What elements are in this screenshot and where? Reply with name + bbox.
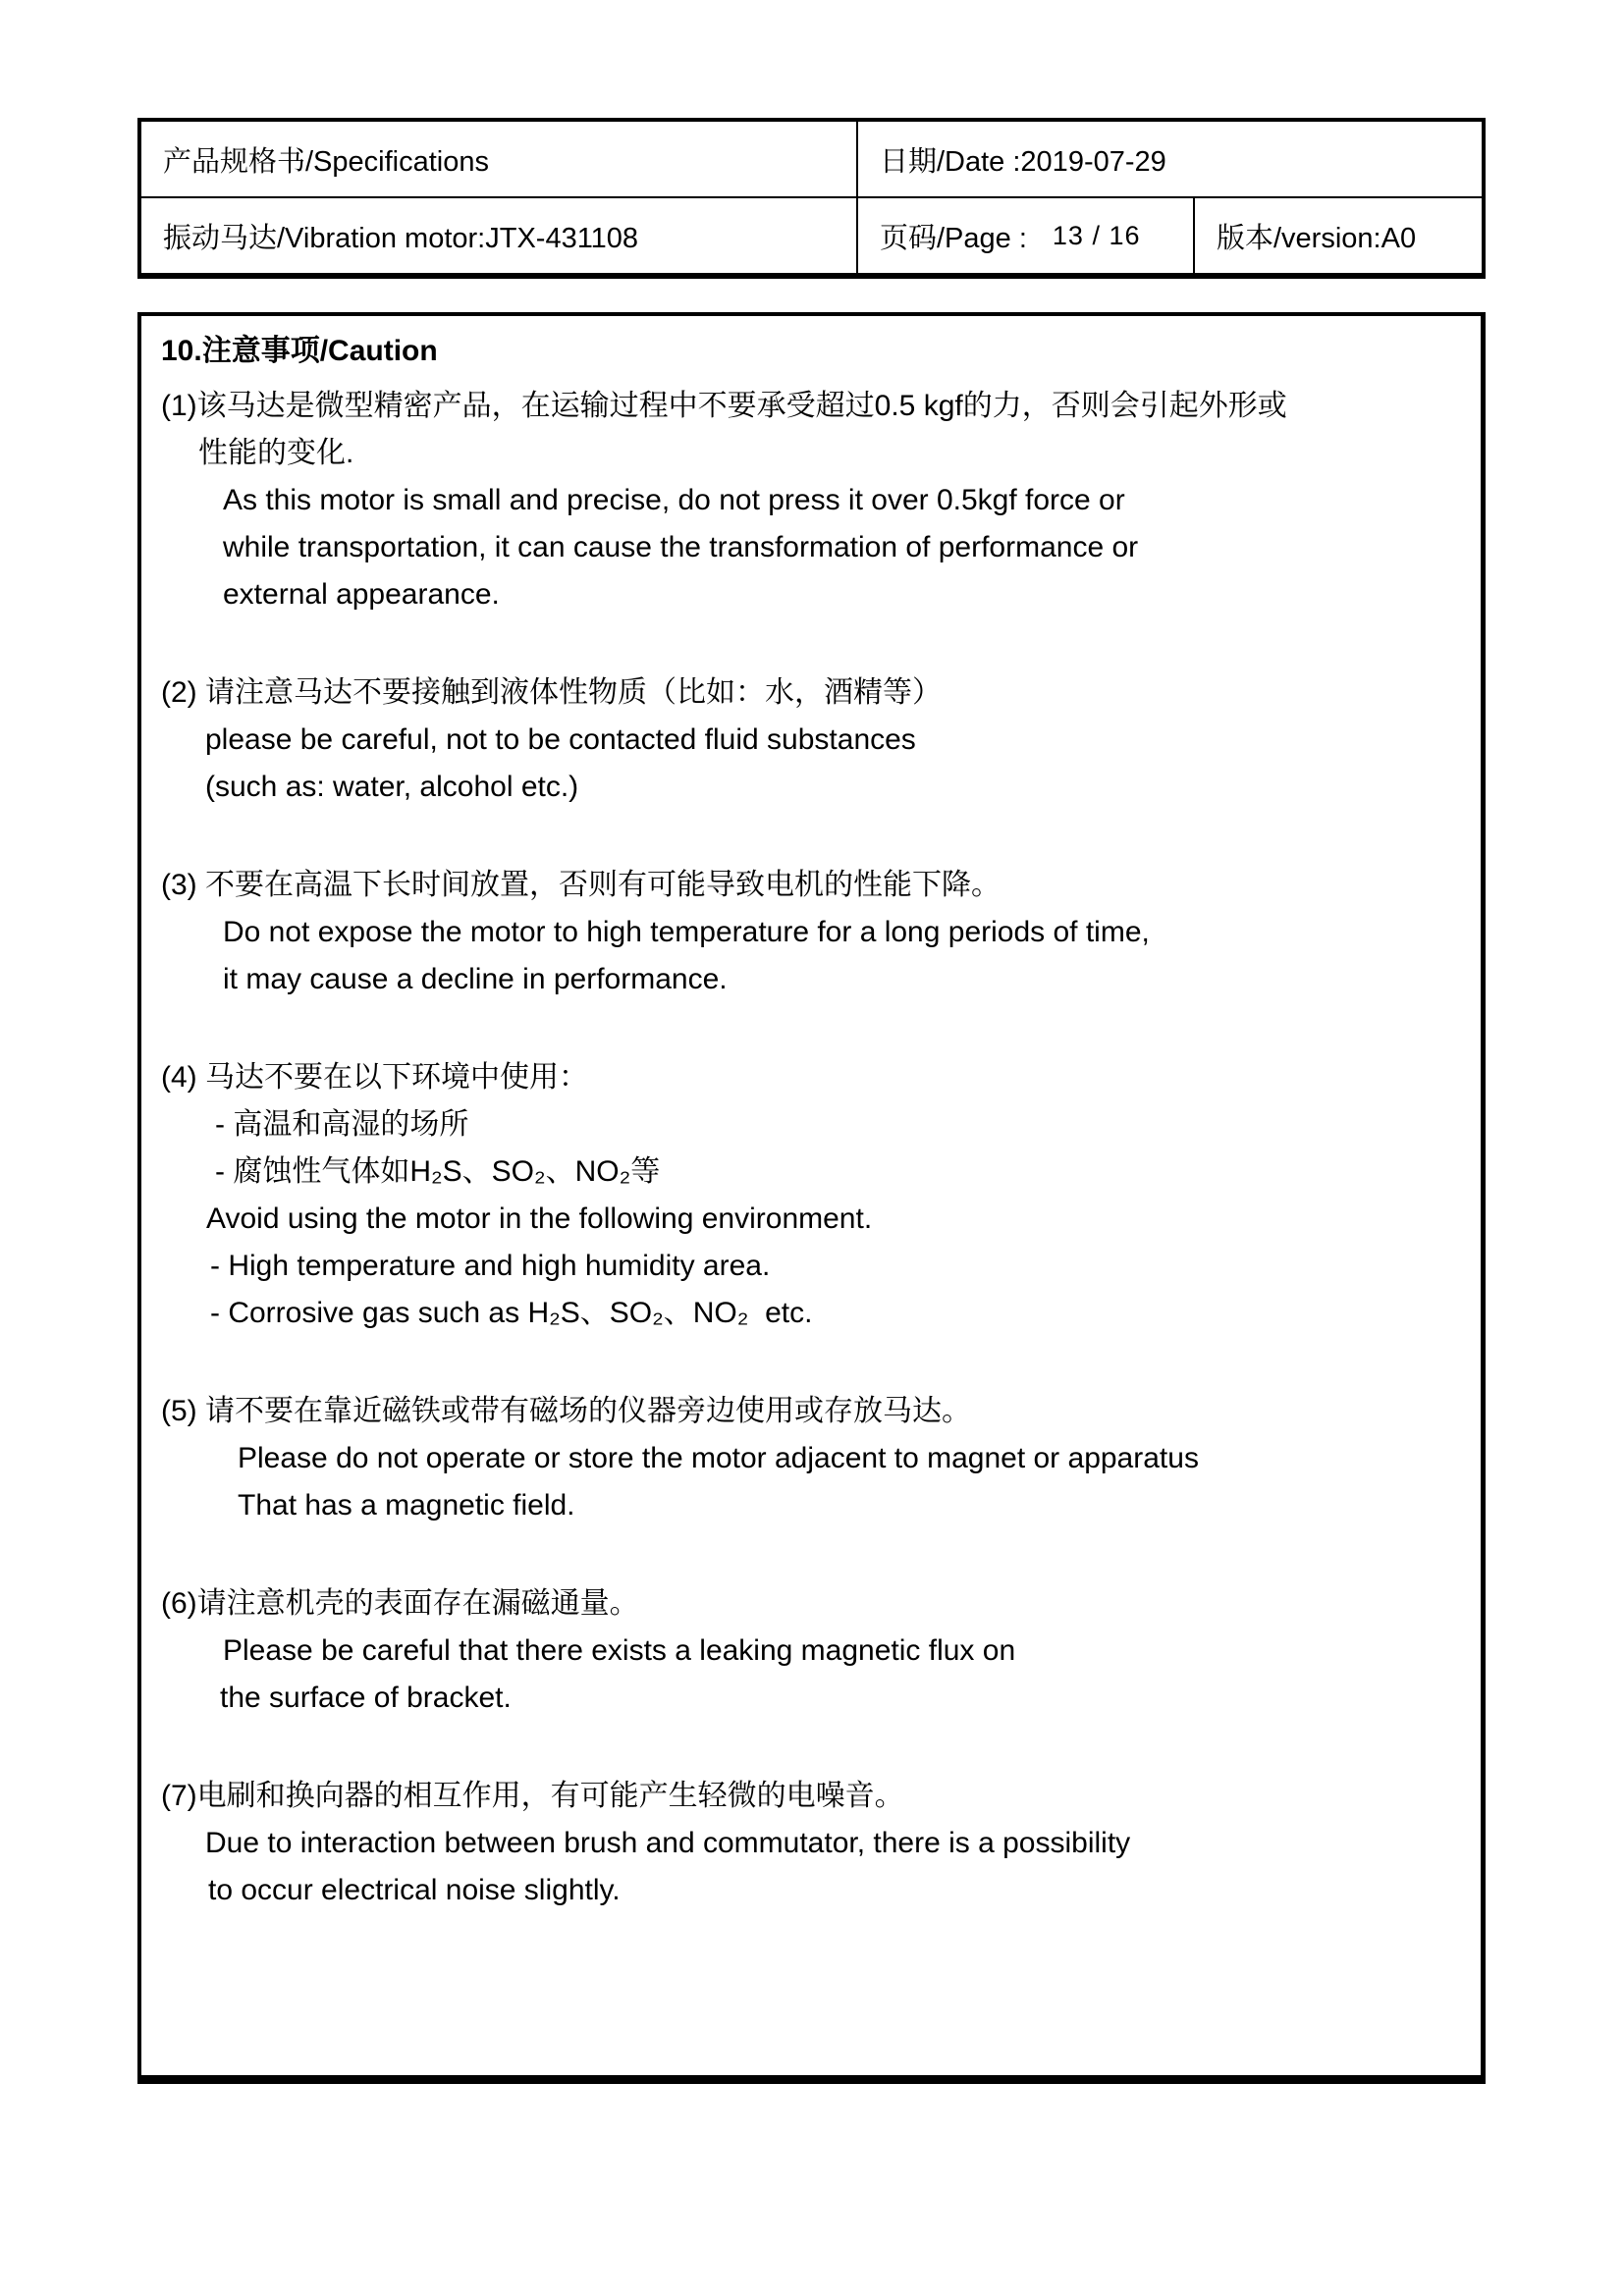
caution-box: 10.注意事项/Caution (1)该马达是微型精密产品，在运输过程中不要承受…	[137, 312, 1486, 2084]
document-page: 产品规格书/Specifications 日期/Date :2019-07-29…	[0, 0, 1624, 2296]
caution-line-en: please be careful, not to be contacted f…	[205, 717, 1461, 764]
caution-line-en: That has a magnetic field.	[238, 1482, 1461, 1529]
caution-item-2: (2) 请注意马达不要接触到液体性物质（比如：水，酒精等） please be …	[161, 669, 1461, 811]
caution-item-1: (1)该马达是微型精密产品，在运输过程中不要承受超过0.5 kgf的力，否则会引…	[161, 383, 1461, 618]
spec-title-cell: 产品规格书/Specifications	[141, 122, 856, 196]
caution-line-cn: - 腐蚀性气体如H₂S、SO₂、NO₂等	[215, 1148, 1461, 1196]
caution-line-cn: (5) 请不要在靠近磁铁或带有磁场的仪器旁边使用或存放马达。	[161, 1388, 1461, 1435]
caution-item-6: (6)请注意机壳的表面存在漏磁通量。 Please be careful tha…	[161, 1580, 1461, 1722]
date-cell: 日期/Date :2019-07-29	[856, 122, 1482, 196]
caution-line-cn: (7)电刷和换向器的相互作用，有可能产生轻微的电噪音。	[161, 1773, 1461, 1820]
caution-item-7: (7)电刷和换向器的相互作用，有可能产生轻微的电噪音。 Due to inter…	[161, 1773, 1461, 1914]
caution-line-cn: (4) 马达不要在以下环境中使用：	[161, 1054, 1461, 1101]
caution-item-3: (3) 不要在高温下长时间放置，否则有可能导致电机的性能下降。 Do not e…	[161, 862, 1461, 1003]
page-cell: 页码/Page : 13 / 16	[856, 198, 1193, 273]
caution-line-cn: (6)请注意机壳的表面存在漏磁通量。	[161, 1580, 1461, 1628]
page-label: 页码/Page :	[880, 216, 1027, 256]
product-label: 振动马达/Vibration motor:JTX-431108	[163, 216, 638, 256]
caution-line-en: to occur electrical noise slightly.	[208, 1867, 1461, 1914]
date-label: 日期/Date :2019-07-29	[880, 139, 1166, 180]
caution-item-4: (4) 马达不要在以下环境中使用： - 高温和高湿的场所 - 腐蚀性气体如H₂S…	[161, 1054, 1461, 1337]
caution-line-en: while transportation, it can cause the t…	[223, 524, 1461, 571]
header-table: 产品规格书/Specifications 日期/Date :2019-07-29…	[137, 118, 1486, 279]
header-row-2: 振动马达/Vibration motor:JTX-431108 页码/Page …	[141, 196, 1482, 273]
caution-line-cn: (1)该马达是微型精密产品，在运输过程中不要承受超过0.5 kgf的力，否则会引…	[161, 383, 1461, 430]
caution-line-en: Avoid using the motor in the following e…	[206, 1196, 1461, 1243]
caution-line-cn: 性能的变化.	[198, 430, 1461, 477]
caution-line-en: - Corrosive gas such as H₂S、SO₂、NO₂ etc.	[210, 1290, 1461, 1337]
caution-line-en: Please do not operate or store the motor…	[238, 1435, 1461, 1482]
caution-line-en: - High temperature and high humidity are…	[210, 1243, 1461, 1290]
caution-line-en: (such as: water, alcohol etc.)	[205, 764, 1461, 811]
caution-line-en: Do not expose the motor to high temperat…	[223, 909, 1461, 956]
sheet: 产品规格书/Specifications 日期/Date :2019-07-29…	[137, 118, 1486, 2084]
product-cell: 振动马达/Vibration motor:JTX-431108	[141, 198, 856, 273]
caution-line-en: Due to interaction between brush and com…	[205, 1820, 1461, 1867]
page-number: 13 / 16	[1053, 221, 1141, 251]
caution-section-title: 10.注意事项/Caution	[161, 328, 1461, 375]
caution-line-cn: - 高温和高湿的场所	[215, 1101, 1461, 1148]
caution-line-en: external appearance.	[223, 571, 1461, 618]
version-label: 版本/version:A0	[1217, 216, 1416, 256]
caution-line-cn: (3) 不要在高温下长时间放置，否则有可能导致电机的性能下降。	[161, 862, 1461, 909]
header-row-1: 产品规格书/Specifications 日期/Date :2019-07-29	[141, 122, 1482, 196]
caution-item-5: (5) 请不要在靠近磁铁或带有磁场的仪器旁边使用或存放马达。 Please do…	[161, 1388, 1461, 1529]
caution-line-en: As this motor is small and precise, do n…	[223, 477, 1461, 524]
caution-line-en: it may cause a decline in performance.	[223, 956, 1461, 1003]
caution-line-en: the surface of bracket.	[220, 1675, 1461, 1722]
caution-line-en: Please be careful that there exists a le…	[223, 1628, 1461, 1675]
version-cell: 版本/version:A0	[1193, 198, 1482, 273]
caution-line-cn: (2) 请注意马达不要接触到液体性物质（比如：水，酒精等）	[161, 669, 1461, 717]
spec-title: 产品规格书/Specifications	[163, 139, 489, 180]
